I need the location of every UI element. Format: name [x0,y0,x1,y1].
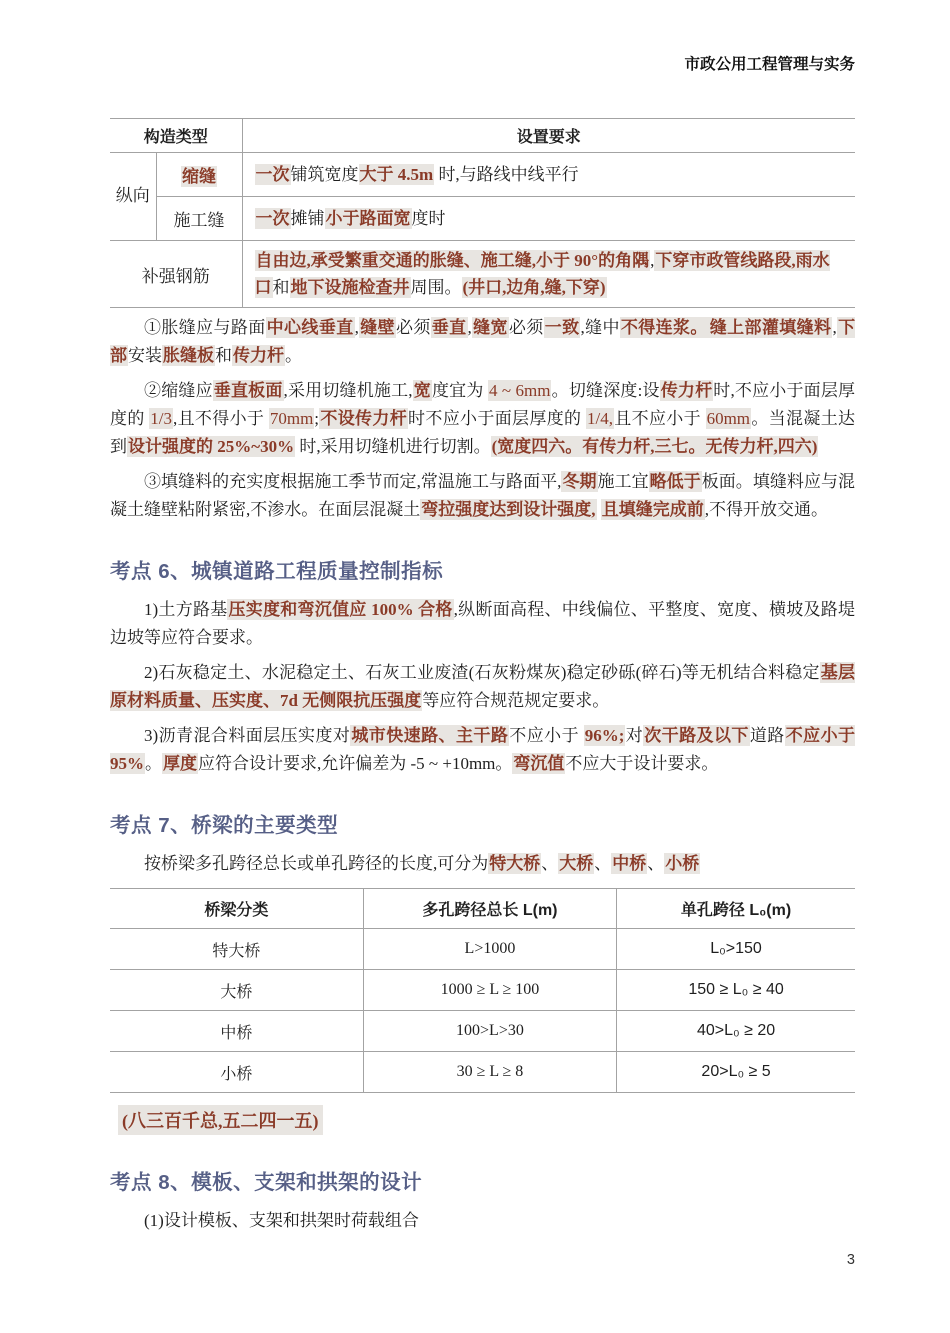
table-row: 纵向 缩缝 一次铺筑宽度大于 4.5m 时,与路线中线平行 [110,153,855,197]
header-single-span: 单孔跨径 L₀(m) [617,889,855,929]
cell-group-longitudinal: 纵向 [110,153,156,241]
paragraph-bridge-types-intro: 按桥梁多孔跨径总长或单孔跨径的长度,可分为特大桥、大桥、中桥、小桥 [110,850,855,878]
table-row: 小桥 30 ≥ L ≥ 8 20>L₀ ≥ 5 [110,1052,855,1093]
paragraph-base-quality: 2)石灰稳定土、水泥稳定土、石灰工业废渣(石灰粉煤灰)稳定砂砾(碎石)等无机结合… [110,659,855,715]
cell-multi-span: 100>L>30 [363,1011,616,1052]
cell-single-span: 40>L₀ ≥ 20 [617,1011,855,1052]
cell-bridge-class: 特大桥 [110,929,363,970]
cell-label-contraction-joint: 缩缝 [156,153,242,197]
cell-single-span: 20>L₀ ≥ 5 [617,1052,855,1093]
paragraph-contraction-joint: ②缩缝应垂直板面,采用切缝机施工,宽度宜为 4 ~ 6mm。切缝深度:设传力杆时… [110,377,855,461]
cell-multi-span: L>1000 [363,929,616,970]
table-header-row: 构造类型 设置要求 [110,119,855,153]
paragraph-expansion-joint: ①胀缝应与路面中心线垂直,缝壁必须垂直,缝宽必须一致,缝中不得连浆。缝上部灌填缝… [110,314,855,370]
mnemonic-text: (八三百千总,五二四一五) [118,1105,323,1135]
header-structure-type: 构造类型 [110,119,242,153]
cell-content-construction-joint: 一次摊铺小于路面宽度时 [242,197,855,241]
header-bridge-class: 桥梁分类 [110,889,363,929]
section-heading-8: 考点 8、模板、支架和拱架的设计 [110,1165,855,1195]
header-multi-span-length: 多孔跨径总长 L(m) [363,889,616,929]
table-header-row: 桥梁分类 多孔跨径总长 L(m) 单孔跨径 L₀(m) [110,889,855,929]
cell-bridge-class: 小桥 [110,1052,363,1093]
cell-single-span: L₀>150 [617,929,855,970]
table-row: 补强钢筋 自由边,承受繁重交通的胀缝、施工缝,小于 90°的角隅,下穿市政管线路… [110,241,855,308]
paragraph-asphalt-compaction: 3)沥青混合料面层压实度对城市快速路、主干路不应小于 96%;对次干路及以下道路… [110,722,855,778]
cell-bridge-class: 中桥 [110,1011,363,1052]
table-row: 施工缝 一次摊铺小于路面宽度时 [110,197,855,241]
page-content: 构造类型 设置要求 纵向 缩缝 一次铺筑宽度大于 4.5m 时,与路线中线平行 … [110,118,855,1235]
cell-label-reinforcing-steel: 补强钢筋 [110,241,242,308]
table-row: 大桥 1000 ≥ L ≥ 100 150 ≥ L₀ ≥ 40 [110,970,855,1011]
paragraph-subgrade-quality: 1)土方路基压实度和弯沉值应 100% 合格,纵断面高程、中线偏位、平整度、宽度… [110,596,855,652]
table-row: 特大桥 L>1000 L₀>150 [110,929,855,970]
paragraph-formwork-design: (1)设计模板、支架和拱架时荷载组合 [110,1207,855,1235]
paragraph-joint-filler: ③填缝料的充实度根据施工季节而定,常温施工与路面平,冬期施工宜略低于板面。填缝料… [110,468,855,524]
cell-single-span: 150 ≥ L₀ ≥ 40 [617,970,855,1011]
cell-label-construction-joint: 施工缝 [156,197,242,241]
header-setting-requirement: 设置要求 [242,119,855,153]
table-row: 中桥 100>L>30 40>L₀ ≥ 20 [110,1011,855,1052]
construction-table: 构造类型 设置要求 纵向 缩缝 一次铺筑宽度大于 4.5m 时,与路线中线平行 … [110,118,855,308]
cell-multi-span: 1000 ≥ L ≥ 100 [363,970,616,1011]
document-title: 市政公用工程管理与实务 [110,52,855,74]
cell-content-contraction-joint: 一次铺筑宽度大于 4.5m 时,与路线中线平行 [242,153,855,197]
cell-bridge-class: 大桥 [110,970,363,1011]
bridge-classification-table: 桥梁分类 多孔跨径总长 L(m) 单孔跨径 L₀(m) 特大桥 L>1000 L… [110,888,855,1093]
section-heading-7: 考点 7、桥梁的主要类型 [110,808,855,838]
cell-content-reinforcing-steel: 自由边,承受繁重交通的胀缝、施工缝,小于 90°的角隅,下穿市政管线路段,雨水口… [242,241,855,308]
cell-multi-span: 30 ≥ L ≥ 8 [363,1052,616,1093]
page-number: 3 [847,1252,855,1268]
section-heading-6: 考点 6、城镇道路工程质量控制指标 [110,554,855,584]
